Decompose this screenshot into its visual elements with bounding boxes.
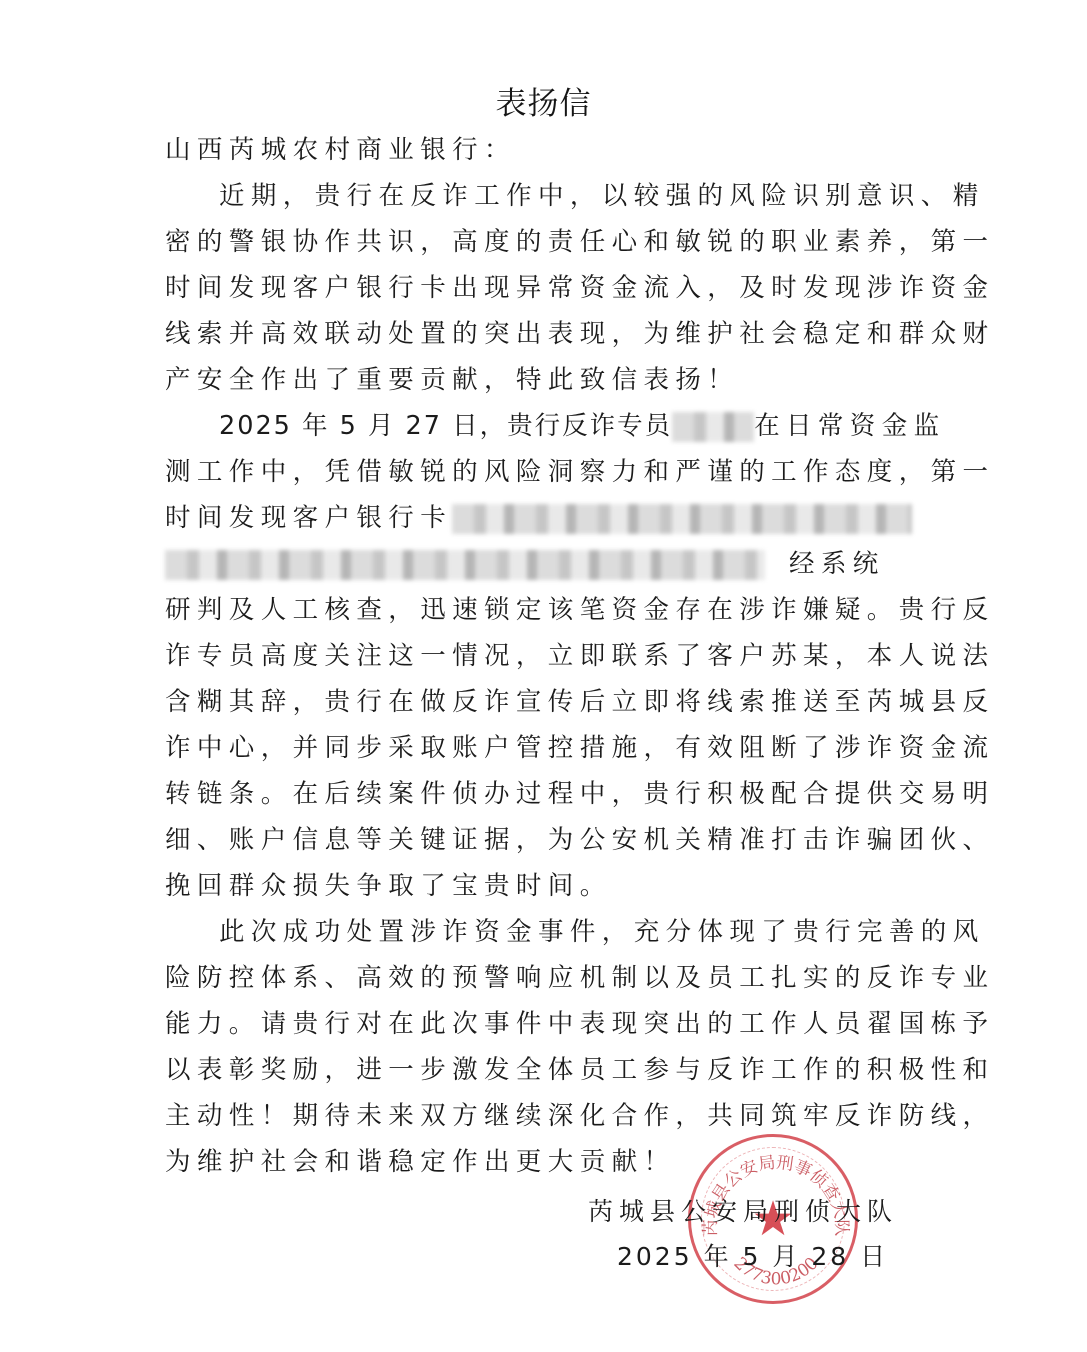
p3-line-3: 能力。请贵行对在此次事件中表现突出的工作人员翟国栋予	[165, 1001, 887, 1047]
p2-line-1-pre: 2025 年 5 月 27 日，贵行反诈专员	[219, 411, 672, 441]
signature-organization: 芮城县公安局刑侦大队	[588, 1192, 898, 1228]
redacted-name	[672, 412, 754, 442]
p2-line-7: 含糊其辞，贵行在做反诈宣传后立即将线索推送至芮城县反	[165, 679, 887, 725]
p3-line-4: 以表彰奖励，进一步激发全体员工参与反诈工作的积极性和	[165, 1047, 887, 1093]
p2-line-6: 诈专员高度关注这一情况，立即联系了客户苏某，本人说法	[165, 633, 887, 679]
p2-line-8: 诈中心，并同步采取账户管控措施，有效阻断了涉诈资金流	[165, 725, 887, 771]
p2-line-2: 测工作中，凭借敏锐的风险洞察力和严谨的工作态度，第一	[165, 449, 887, 495]
p2-line-10: 细、账户信息等关键证据，为公安机关精准打击诈骗团伙、	[165, 817, 887, 863]
p1-line-2: 密的警银协作共识，高度的责任心和敏锐的职业素养，第一	[165, 219, 887, 265]
p2-line-1: 2025 年 5 月 27 日，贵行反诈专员在日常资金监	[165, 403, 887, 449]
p1-line-4: 线索并高效联动处置的突出表现，为维护社会稳定和群众财	[165, 311, 887, 357]
p2-line-4: 经系统	[165, 541, 887, 587]
p3-line-2: 险防控体系、高效的预警响应机制以及员工扎实的反诈专业	[165, 955, 887, 1001]
p2-line-3: 时间发现客户银行卡	[165, 495, 887, 541]
letter-title: 表扬信	[0, 78, 1087, 123]
greeting: 山西芮城农村商业银行：	[165, 127, 887, 173]
p1-line-1: 近期，贵行在反诈工作中，以较强的风险识别意识、精	[165, 173, 887, 219]
p2-line-9: 转链条。在后续案件侦办过程中，贵行积极配合提供交易明	[165, 771, 887, 817]
p2-line-5: 研判及人工核查，迅速锁定该笔资金存在涉诈嫌疑。贵行反	[165, 587, 887, 633]
redacted-transaction-info	[165, 550, 765, 580]
p2-line-1-post: 在日常资金监	[754, 411, 945, 441]
p3-line-5: 主动性！期待未来双方继续深化合作，共同筑牢反诈防线，	[165, 1093, 887, 1139]
p1-line-5: 产安全作出了重要贡献，特此致信表扬！	[165, 357, 887, 403]
signature-date: 2025 年 5 月 28 日	[617, 1237, 888, 1273]
redacted-card-info	[452, 504, 912, 534]
p2-line-11: 挽回群众损失争取了宝贵时间。	[165, 863, 887, 909]
p2-line-3-pre: 时间发现客户银行卡	[165, 503, 452, 533]
p2-line-4-post: 经系统	[789, 549, 885, 579]
p3-line-1: 此次成功处置涉诈资金事件，充分体现了贵行完善的风	[165, 909, 887, 955]
letter-page: 表扬信 山西芮城农村商业银行： 近期，贵行在反诈工作中，以较强的风险识别意识、精…	[0, 0, 1087, 1352]
p1-line-3: 时间发现客户银行卡出现异常资金流入，及时发现涉诈资金	[165, 265, 887, 311]
